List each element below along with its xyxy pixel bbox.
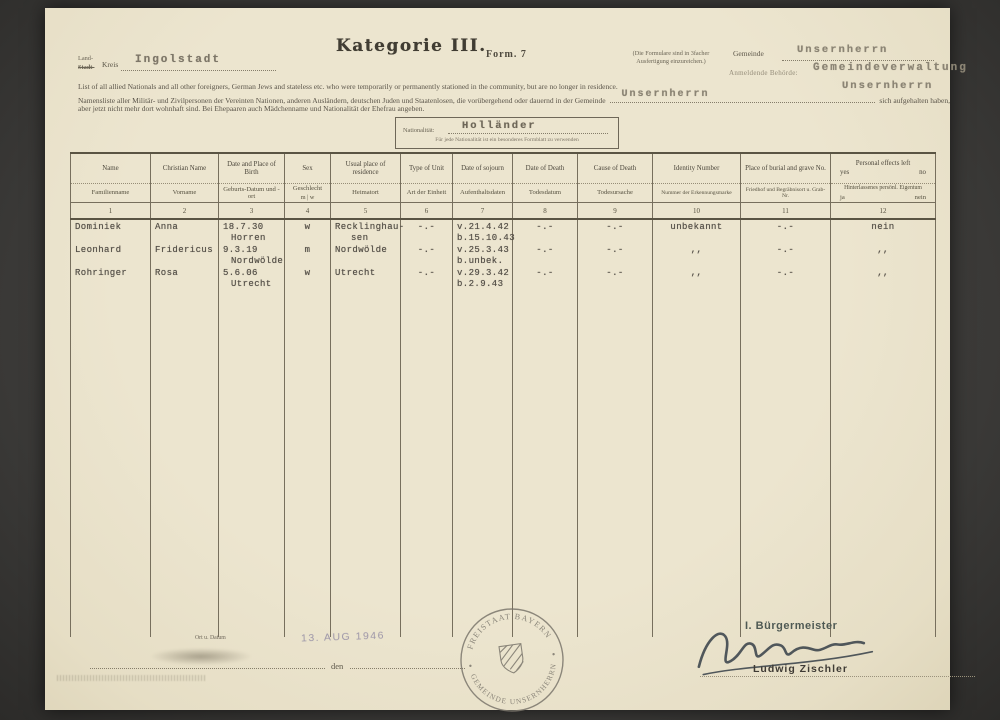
cell-sojourn-from: v.21.4.42 <box>457 222 512 233</box>
col-effects-en: Personal effects left yes no <box>831 154 935 184</box>
empty-cell <box>453 292 513 637</box>
cell-birth-place: Utrecht <box>223 279 284 290</box>
seal-top-text: FREISTAAT BAYERN <box>461 606 553 651</box>
kreis-label: Kreis <box>102 60 118 69</box>
col-sojourn-en: Date of sojourn <box>453 154 512 184</box>
den-label: den <box>331 661 343 671</box>
cell-residence-line1: Utrecht <box>335 268 400 279</box>
col-effects-yes-no: yes no <box>833 169 933 177</box>
empty-cell <box>151 292 219 637</box>
seal-bottom-text: GEMEINDE UNSERNHERRN <box>468 661 563 712</box>
nationality-value: Holländer <box>462 120 537 132</box>
cell-birth: 5.6.06 Utrecht <box>219 266 285 292</box>
cell-unit: -.- <box>401 266 453 292</box>
col-header-burial: Place of burial and grave No. Friedhof u… <box>741 153 831 203</box>
seal-bottom-textpath: GEMEINDE UNSERNHERRN <box>468 661 563 712</box>
col-header-sex: Sex Geschlecht m | w <box>285 153 331 203</box>
cell-birth: 9.3.19 Nordwölde <box>219 243 285 266</box>
cell-birth-place: Nordwölde <box>223 256 284 267</box>
col-sex-en: Sex <box>285 154 330 184</box>
cell-name: Leonhard <box>71 243 151 266</box>
col-unit-en: Type of Unit <box>401 154 452 184</box>
authority-stamp-line1: Gemeindeverwaltung <box>813 62 968 74</box>
col-num-5: 5 <box>331 203 401 220</box>
cell-name: Dominiek <box>71 219 151 243</box>
table-header-row: Name Familienname Christian Name Vorname… <box>71 153 936 203</box>
col-sex-mw: m | w <box>287 194 328 202</box>
col-sex-de-label: Geschlecht <box>287 185 328 193</box>
col-num-6: 6 <box>401 203 453 220</box>
col-death-date-de: Todesdatum <box>513 184 577 202</box>
col-header-unit: Type of Unit Art der Einheit <box>401 153 453 203</box>
col-header-sojourn: Date of sojourn Aufenthaltsdaten <box>453 153 513 203</box>
col-sojourn-de: Aufenthaltsdaten <box>453 184 512 202</box>
cell-sojourn-to: b.unbek. <box>457 256 512 267</box>
cell-residence-line1: Recklinghau- <box>335 222 400 233</box>
intro-fill-line: Unsernherrn <box>610 93 876 103</box>
nationality-line <box>448 133 608 134</box>
col-num-10: 10 <box>653 203 741 220</box>
col-birth-de: Geburts-Datum und -ort <box>219 184 284 202</box>
empty-cell <box>71 292 151 637</box>
cell-christian-name: Rosa <box>151 266 219 292</box>
mayor-name: Ludwig Zischler <box>753 663 848 675</box>
col-effects-ja-nein: ja nein <box>833 194 933 202</box>
cell-sojourn: v.21.4.42 b.15.10.43 <box>453 219 513 243</box>
intro-german-2: aber jetzt nicht mehr dort wohnhaft sind… <box>78 104 950 114</box>
form-number: Form. 7 <box>486 49 527 60</box>
cell-effects: ,, <box>831 243 936 266</box>
cell-identity: ,, <box>653 243 741 266</box>
cell-christian-name: Anna <box>151 219 219 243</box>
cell-residence: Nordwölde <box>331 243 401 266</box>
col-header-residence: Usual place of residence Heimatort <box>331 153 401 203</box>
printer-imprint <box>57 675 207 681</box>
table-row: Rohringer Rosa 5.6.06 Utrecht w Utrecht … <box>71 266 936 292</box>
cell-sex: w <box>285 266 331 292</box>
col-death-date-en: Date of Death <box>513 154 577 184</box>
table-row: Leonhard Fridericus 9.3.19 Nordwölde m N… <box>71 243 936 266</box>
col-num-2: 2 <box>151 203 219 220</box>
intro-english: List of all allied Nationals and all oth… <box>78 82 950 92</box>
col-header-death-date: Date of Death Todesdatum <box>513 153 578 203</box>
col-header-death-cause: Cause of Death Todesursache <box>578 153 653 203</box>
cell-sojourn: v.29.3.42 b.2.9.43 <box>453 266 513 292</box>
col-header-christian-name: Christian Name Vorname <box>151 153 219 203</box>
col-effects-no: no <box>919 169 926 177</box>
copies-note-line1: (Die Formulare sind in 3facher <box>601 50 741 58</box>
cell-christian-name: Fridericus <box>151 243 219 266</box>
cell-birth: 18.7.30 Horren <box>219 219 285 243</box>
col-christian-en: Christian Name <box>151 154 218 184</box>
col-num-7: 7 <box>453 203 513 220</box>
register-table: Name Familienname Christian Name Vorname… <box>70 152 936 637</box>
stadt-label: Stadt- <box>78 64 94 71</box>
col-header-identity: Identity Number Nummer der Erkennungsmar… <box>653 153 741 203</box>
col-header-effects: Personal effects left yes no Hinterlasse… <box>831 153 936 203</box>
col-effects-de: Hinterlassenes persönl. Eigentum ja nein <box>831 184 935 202</box>
empty-cell <box>331 292 401 637</box>
col-header-name: Name Familienname <box>71 153 151 203</box>
col-effects-de-label: Hinterlassenes persönl. Eigentum <box>833 185 933 193</box>
col-burial-de: Friedhof und Begräbnisort u. Grab-Nr. <box>741 184 830 202</box>
cell-identity: ,, <box>653 266 741 292</box>
cell-death-cause: -.- <box>578 243 653 266</box>
place-date-label: Ort u. Datum <box>195 635 226 641</box>
cell-burial: -.- <box>741 266 831 292</box>
col-header-birth: Date and Place of Birth Geburts-Datum un… <box>219 153 285 203</box>
column-number-row: 1 2 3 4 5 6 7 8 9 10 11 12 <box>71 203 936 220</box>
gemeinde-label: Gemeinde <box>733 49 764 58</box>
col-burial-en: Place of burial and grave No. <box>741 154 830 184</box>
col-christian-de: Vorname <box>151 184 218 202</box>
kreis-value: Ingolstadt <box>135 54 221 66</box>
cell-identity: unbekannt <box>653 219 741 243</box>
cell-sojourn: v.25.3.43 b.unbek. <box>453 243 513 266</box>
cell-unit: -.- <box>401 219 453 243</box>
col-num-3: 3 <box>219 203 285 220</box>
cell-residence-line1: Nordwölde <box>335 245 400 256</box>
empty-cell <box>831 292 936 637</box>
land-label: Land- <box>78 55 93 62</box>
cell-effects: ,, <box>831 266 936 292</box>
col-num-4: 4 <box>285 203 331 220</box>
empty-cell <box>285 292 331 637</box>
empty-cell <box>741 292 831 637</box>
seal-top-textpath: FREISTAAT BAYERN <box>461 606 553 651</box>
col-effects-nein: nein <box>915 194 926 202</box>
col-residence-en: Usual place of residence <box>331 154 400 184</box>
col-effects-en-label: Personal effects left <box>833 160 933 168</box>
empty-cell <box>219 292 285 637</box>
cell-effects: nein <box>831 219 936 243</box>
col-num-1: 1 <box>71 203 151 220</box>
col-unit-de: Art der Einheit <box>401 184 452 202</box>
date-stamp: 13. AUG 1946 <box>301 630 385 645</box>
authority-label: Anmeldende Behörde: <box>729 69 798 77</box>
cell-name: Rohringer <box>71 266 151 292</box>
col-num-11: 11 <box>741 203 831 220</box>
cell-sojourn-to: b.15.10.43 <box>457 233 512 244</box>
cell-sojourn-to: b.2.9.43 <box>457 279 512 290</box>
col-death-cause-de: Todesursache <box>578 184 652 202</box>
bavaria-shield-icon <box>499 644 525 675</box>
col-identity-en: Identity Number <box>653 154 740 184</box>
col-sex-de: Geschlecht m | w <box>285 184 330 202</box>
empty-cell <box>513 292 578 637</box>
col-num-9: 9 <box>578 203 653 220</box>
col-residence-de: Heimatort <box>331 184 400 202</box>
col-identity-de: Nummer der Erkennungsmarke <box>653 184 740 202</box>
cell-unit: -.- <box>401 243 453 266</box>
col-name-en: Name <box>71 154 150 184</box>
col-num-12: 12 <box>831 203 936 220</box>
empty-cell <box>401 292 453 637</box>
signature-line <box>700 676 975 677</box>
cell-sex: m <box>285 243 331 266</box>
cell-death-date: -.- <box>513 219 578 243</box>
empty-cell <box>578 292 653 637</box>
date-line <box>350 668 465 669</box>
col-effects-yes: yes <box>840 169 849 177</box>
cell-death-cause: -.- <box>578 266 653 292</box>
table-empty-space <box>71 292 936 637</box>
document-sheet: Kategorie III. Form. 7 (Die Formulare si… <box>45 8 950 710</box>
col-birth-en: Date and Place of Birth <box>219 154 284 184</box>
municipal-seal: FREISTAAT BAYERN GEMEINDE UNSERNHERRN <box>448 598 576 720</box>
cell-sojourn-from: v.25.3.43 <box>457 245 512 256</box>
cell-residence: Recklinghau- sen <box>331 219 401 243</box>
cell-birth-date: 9.3.19 <box>223 245 284 256</box>
cell-death-date: -.- <box>513 266 578 292</box>
nationality-box: Nationalität: Holländer Für jede Nationa… <box>395 117 619 149</box>
faint-place-stamp <box>151 648 251 665</box>
photo-background: Kategorie III. Form. 7 (Die Formulare si… <box>0 0 1000 720</box>
place-line <box>90 668 325 669</box>
gemeinde-line <box>782 60 934 61</box>
copies-note-line2: Ausfertigung einzureichen.) <box>601 58 741 66</box>
col-name-de: Familienname <box>71 184 150 202</box>
cell-burial: -.- <box>741 243 831 266</box>
col-effects-ja: ja <box>840 194 845 202</box>
kreis-line <box>121 70 276 71</box>
cell-death-date: -.- <box>513 243 578 266</box>
table-row: Dominiek Anna 18.7.30 Horren w Recklingh… <box>71 219 936 243</box>
cell-sojourn-from: v.29.3.42 <box>457 268 512 279</box>
col-num-8: 8 <box>513 203 578 220</box>
cell-birth-place: Horren <box>223 233 284 244</box>
intro-gemeinde-value: Unsernherrn <box>622 90 710 100</box>
empty-cell <box>653 292 741 637</box>
cell-residence: Utrecht <box>331 266 401 292</box>
cell-sex: w <box>285 219 331 243</box>
cell-burial: -.- <box>741 219 831 243</box>
cell-birth-date: 18.7.30 <box>223 222 284 233</box>
copies-note: (Die Formulare sind in 3facher Ausfertig… <box>601 50 741 65</box>
col-death-cause-en: Cause of Death <box>578 154 652 184</box>
nationality-note: Für jede Nationalität ist ein besonderes… <box>396 137 618 143</box>
cell-residence-line2: sen <box>335 233 400 244</box>
cell-death-cause: -.- <box>578 219 653 243</box>
nationality-label: Nationalität: <box>403 127 434 134</box>
cell-birth-date: 5.6.06 <box>223 268 284 279</box>
form-title: Kategorie III. <box>336 36 487 56</box>
gemeinde-value: Unsernherrn <box>797 44 888 56</box>
